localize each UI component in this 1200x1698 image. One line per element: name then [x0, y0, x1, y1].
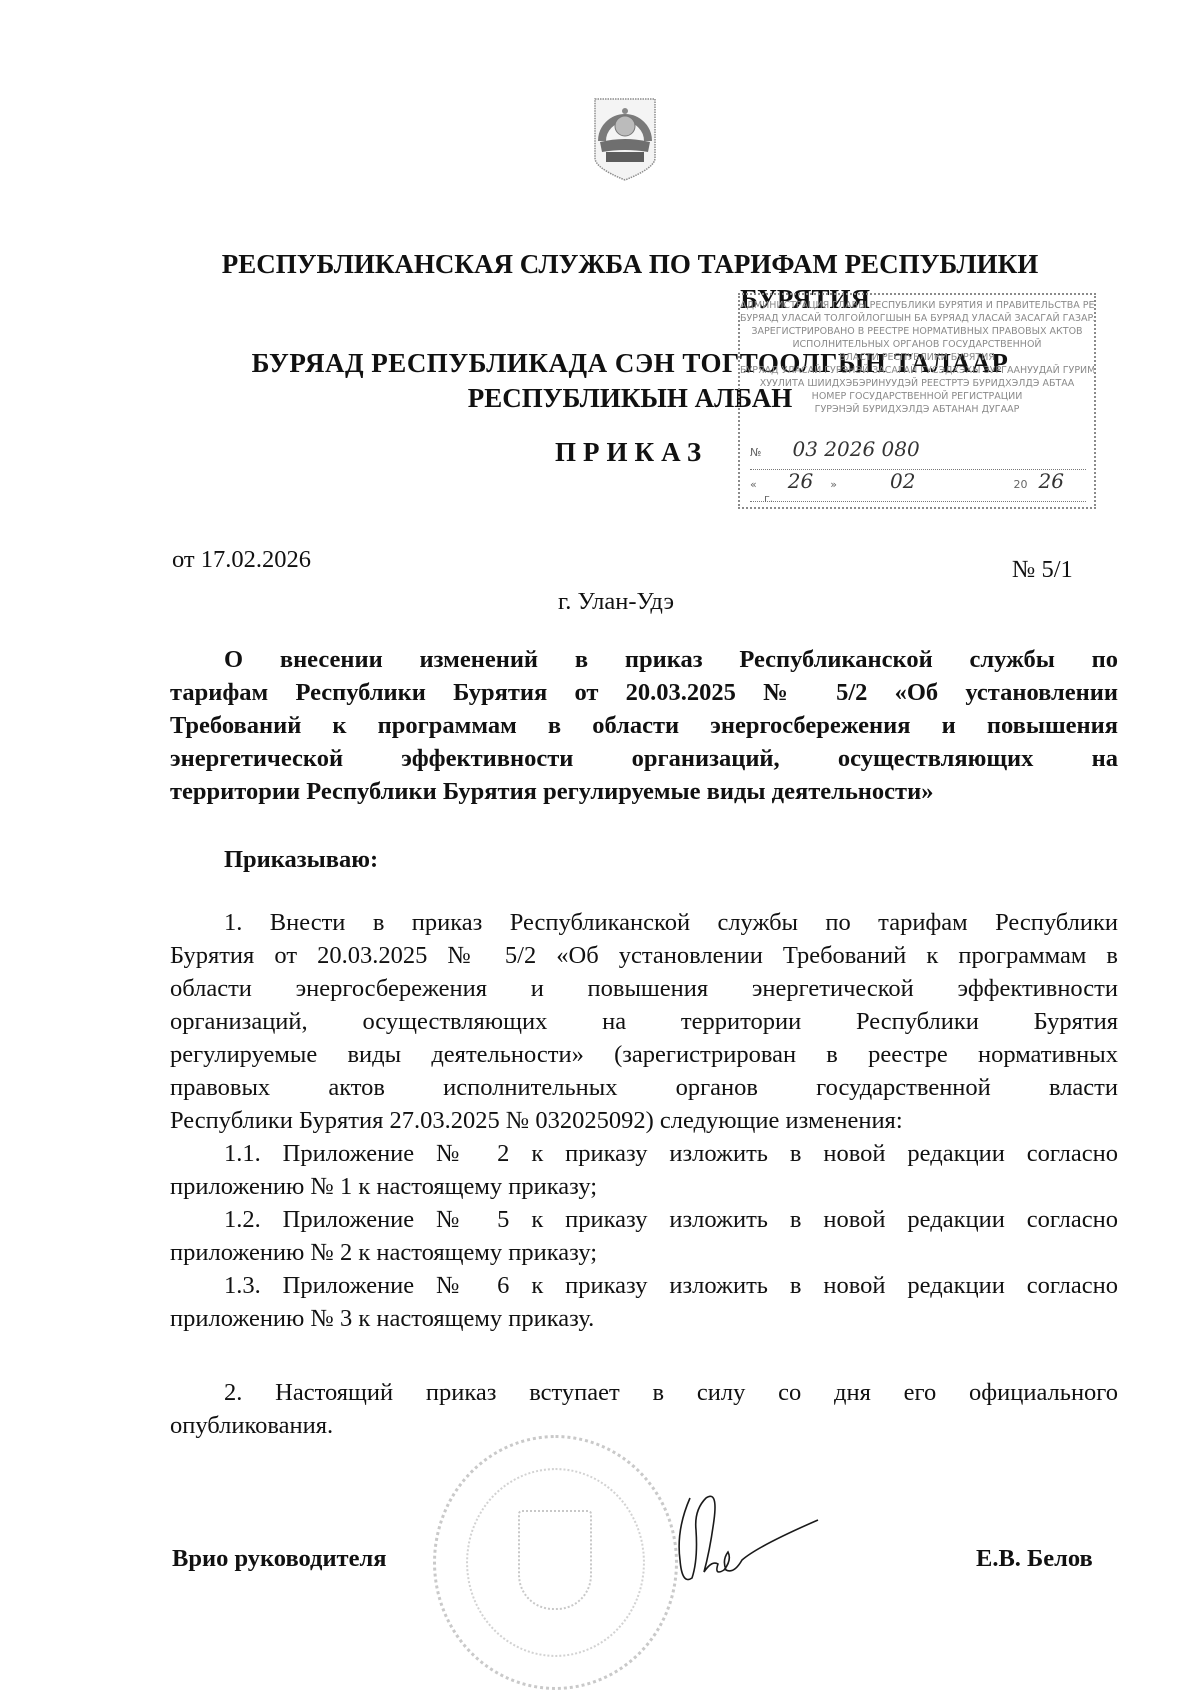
signatory-name: Е.В. Белов	[976, 1542, 1093, 1575]
title-line: Требований к программам в области энерго…	[170, 709, 1118, 742]
quote-close: »	[830, 478, 837, 491]
registration-day: 26	[788, 469, 813, 493]
quote-open: «	[750, 478, 757, 491]
stamp-line: ГУРЭНЭЙ БУРИДХЭЛДЭ АБТАНАН ДУГААР	[740, 403, 1094, 416]
stamp-line: ВЛАСТИ РЕСПУБЛИКИ БУРЯТИЯ	[740, 351, 1094, 364]
official-seal-icon	[433, 1435, 678, 1690]
title-line: энергетической эффективности организаций…	[170, 742, 1118, 775]
stamp-line: ХУУЛИТА ШИИДХЭБЭРИНУУДЭЙ РЕЕСТРТЭ БУРИДХ…	[740, 377, 1094, 390]
handwritten-signature-icon	[668, 1490, 828, 1600]
paragraph-line: области энергосбережения и повышения эне…	[170, 972, 1118, 1005]
order-number: № 5/1	[1012, 553, 1073, 586]
registration-stamp: АДМИНИСТРАЦИЯ ГЛАВЫ РЕСПУБЛИКИ БУРЯТИЯ И…	[738, 293, 1096, 509]
title-line: территории Республики Бурятия регулируем…	[170, 775, 1118, 808]
paragraph-line: регулируемые виды деятельности» (зарегис…	[170, 1038, 1118, 1071]
subitem-1-1: 1.1. Приложение № 2 к приказу изложить в…	[170, 1137, 1118, 1170]
stamp-line: АДМИНИСТРАЦИЯ ГЛАВЫ РЕСПУБЛИКИ БУРЯТИЯ И…	[740, 299, 1094, 312]
subitem-1-3: 1.3. Приложение № 6 к приказу изложить в…	[170, 1269, 1118, 1302]
number-label: №	[750, 446, 761, 459]
buryatia-coat-of-arms-icon	[592, 96, 658, 182]
year-end: г.	[764, 492, 773, 505]
subitem-1-1-cont: приложению № 1 к настоящему приказу;	[170, 1170, 1118, 1203]
registration-date-row: « 26 » 02 20 26 г.	[750, 475, 1086, 502]
stamp-line: БУРЯАД УЛАСАЙ ТОЛГОЙЛОГШЫН БА БУРЯАД УЛА…	[740, 312, 1094, 325]
paragraph-line: опубликования.	[170, 1409, 1118, 1442]
registration-year: 26	[1039, 469, 1064, 493]
order-directive: Приказываю:	[224, 843, 378, 876]
paragraph-line: правовых актов исполнительных органов го…	[170, 1071, 1118, 1104]
paragraph-1: 1. Внести в приказ Республиканской служб…	[170, 906, 1118, 1335]
title-line: О внесении изменений в приказ Республика…	[170, 643, 1118, 676]
org-name-ru-line1: РЕСПУБЛИКАНСКАЯ СЛУЖБА ПО ТАРИФАМ РЕСПУБ…	[150, 247, 1110, 281]
paragraph-line: 1. Внести в приказ Республиканской служб…	[170, 906, 1118, 939]
order-date: от 17.02.2026	[172, 543, 311, 576]
subitem-1-2: 1.2. Приложение № 5 к приказу изложить в…	[170, 1203, 1118, 1236]
paragraph-line: Бурятия от 20.03.2025 № 5/2 «Об установл…	[170, 939, 1118, 972]
subitem-1-3-cont: приложению № 3 к настоящему приказу.	[170, 1302, 1118, 1335]
paragraph-2: 2. Настоящий приказ вступает в силу со д…	[170, 1376, 1118, 1442]
title-line: тарифам Республики Бурятия от 20.03.2025…	[170, 676, 1118, 709]
document-type-heading: ПРИКАЗ	[555, 437, 708, 468]
registration-number: 03 2026 080	[792, 437, 919, 461]
paragraph-line: 2. Настоящий приказ вступает в силу со д…	[170, 1376, 1118, 1409]
stamp-line: БУРЯАД УЛАСАЙ ГУРЭНЭЙ ЗАСАГАЙ ГУСЭДХЭХЫ …	[740, 364, 1094, 377]
registration-number-row: № 03 2026 080	[750, 443, 1086, 470]
stamp-line: ИСПОЛНИТЕЛЬНЫХ ОРГАНОВ ГОСУДАРСТВЕННОЙ	[740, 338, 1094, 351]
paragraph-line: Республики Бурятия 27.03.2025 № 03202509…	[170, 1104, 1118, 1137]
order-title: О внесении изменений в приказ Республика…	[170, 643, 1118, 808]
city: г. Улан-Удэ	[558, 585, 674, 618]
subitem-1-2-cont: приложению № 2 к настоящему приказу;	[170, 1236, 1118, 1269]
registration-month: 02	[890, 469, 915, 493]
signatory-position: Врио руководителя	[172, 1542, 386, 1575]
paragraph-line: организаций, осуществляющих на территори…	[170, 1005, 1118, 1038]
stamp-line: НОМЕР ГОСУДАРСТВЕННОЙ РЕГИСТРАЦИИ	[740, 390, 1094, 403]
seal-emblem-icon	[518, 1510, 592, 1610]
stamp-line: ЗАРЕГИСТРИРОВАНО В РЕЕСТРЕ НОРМАТИВНЫХ П…	[740, 325, 1094, 338]
year-prefix: 20	[1014, 478, 1028, 491]
